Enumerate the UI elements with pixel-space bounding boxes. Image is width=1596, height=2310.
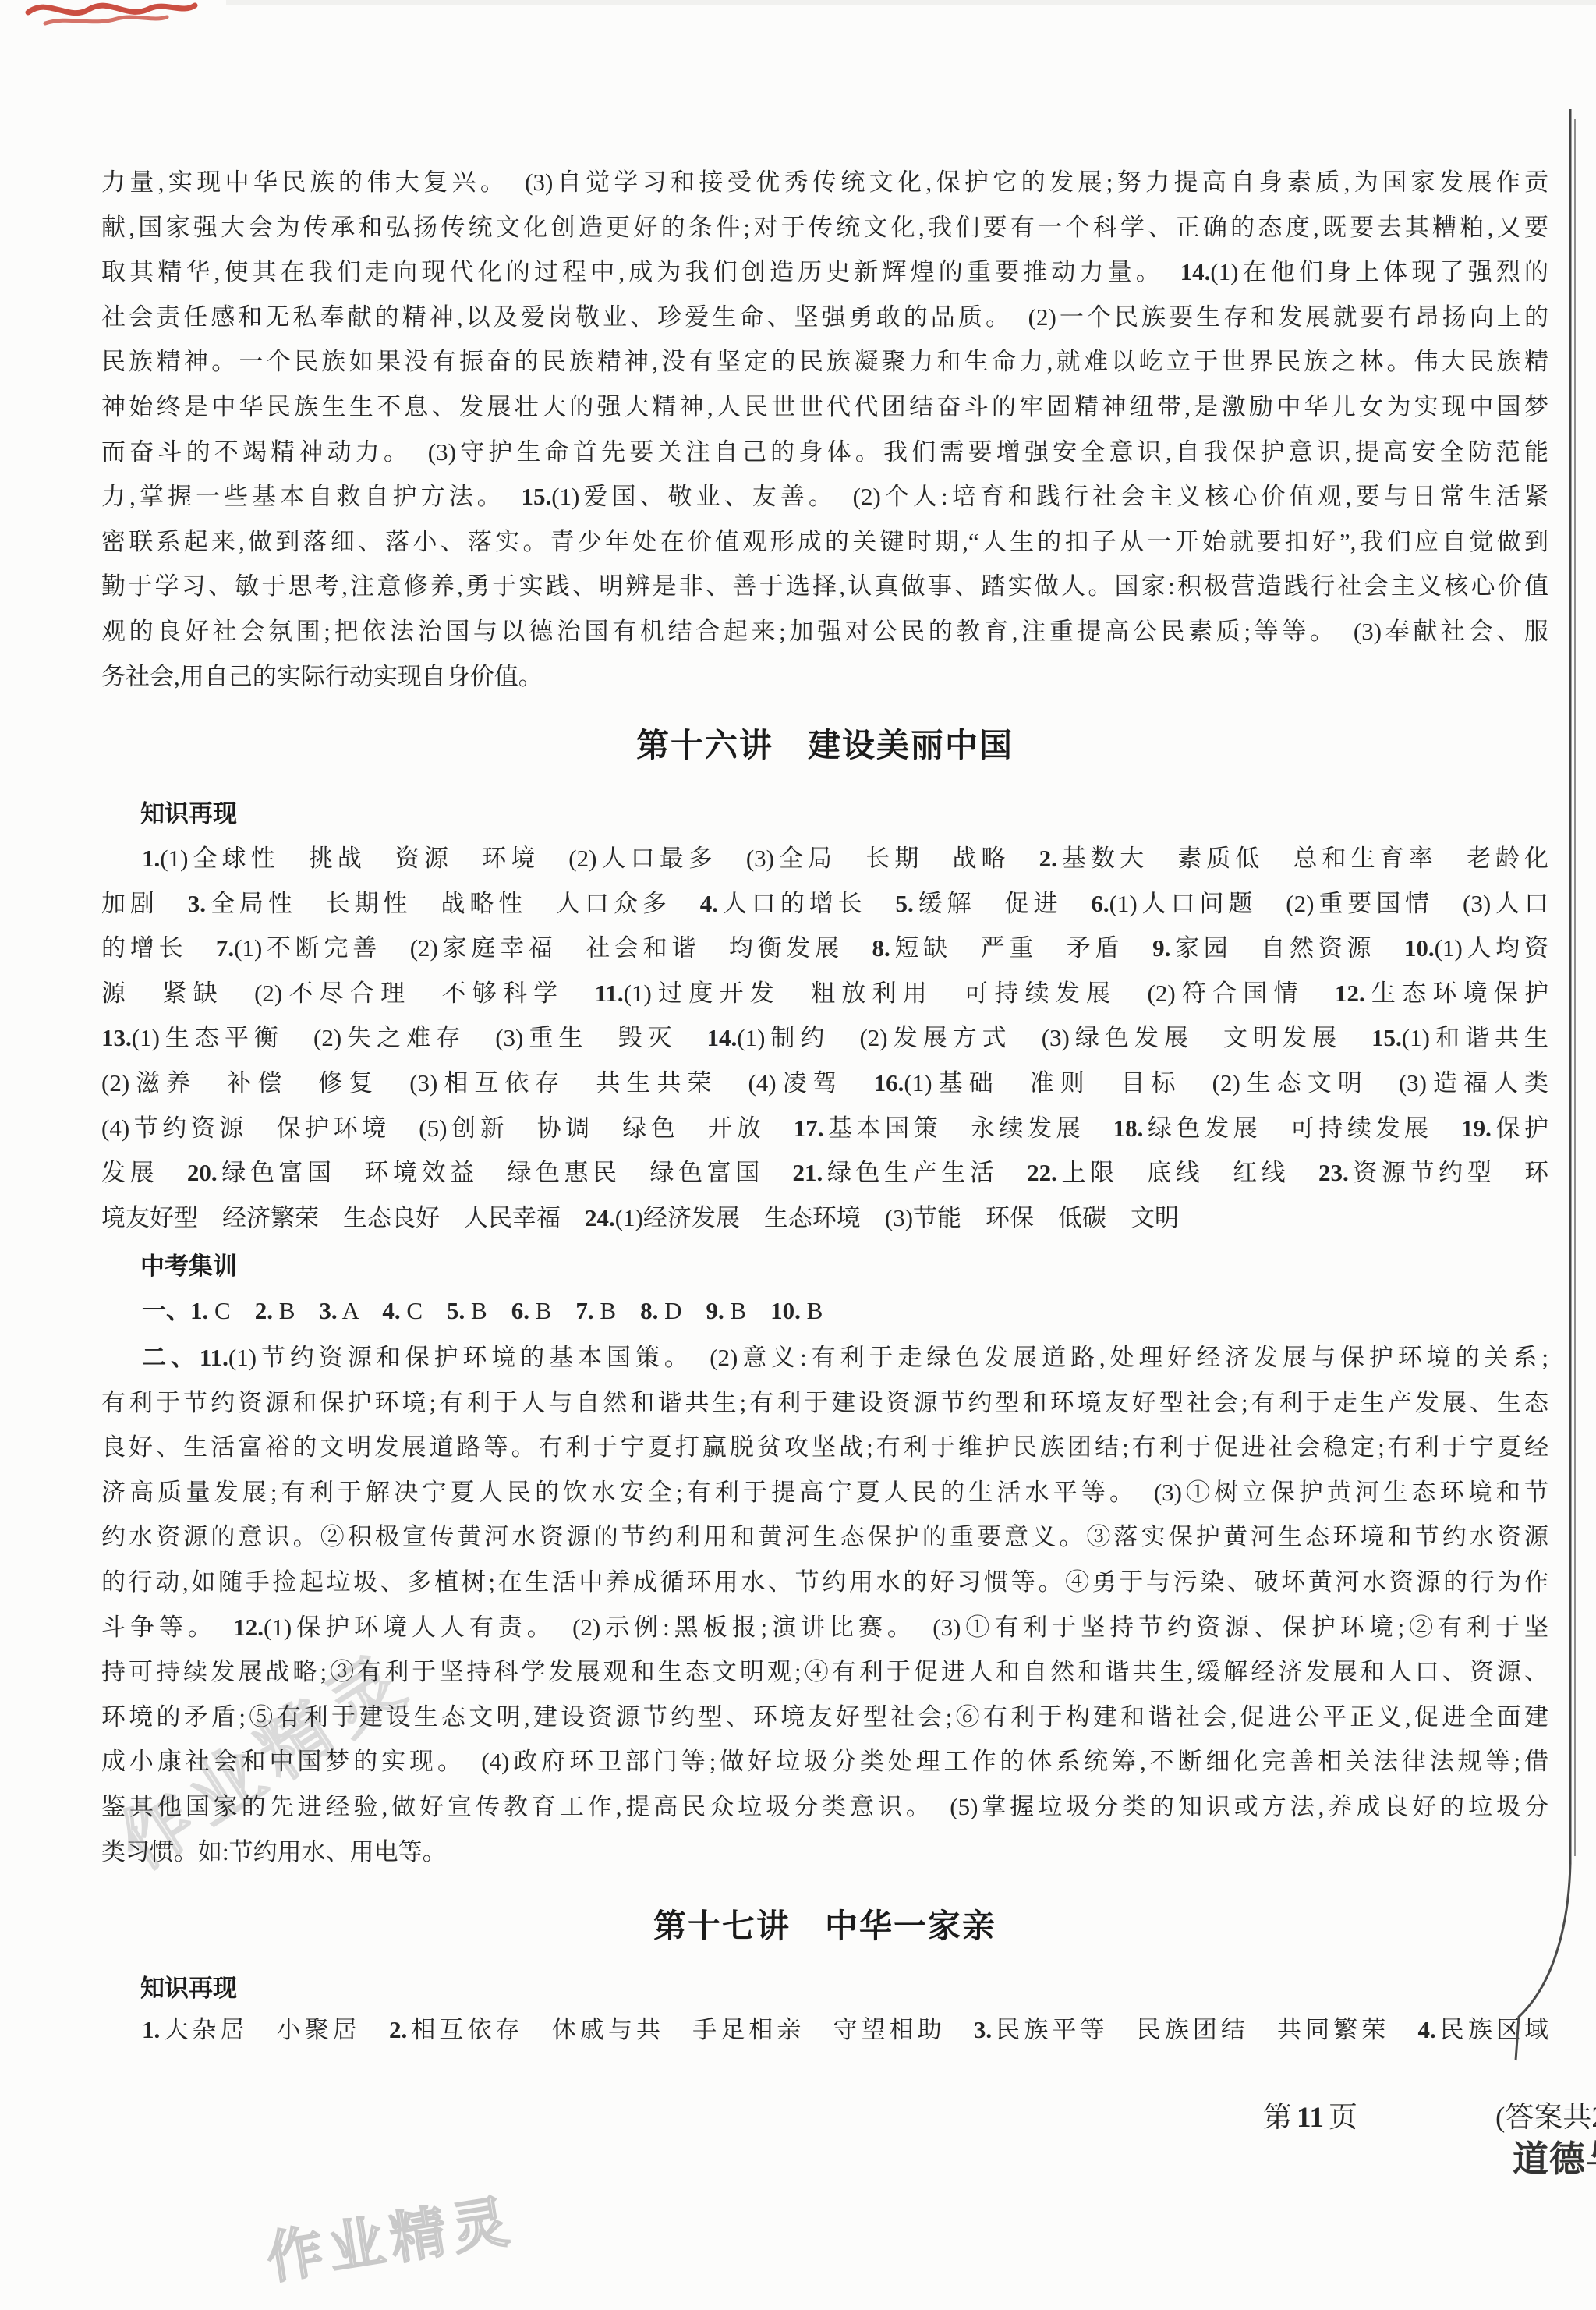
text-line: 勤于学习、敏于思考,注意修养,勇于实践、明辨是非、善于选择,认真做事、踏实做人。…	[101, 564, 1548, 609]
text-column: 力量,实现中华民族的伟大复兴。 (3)自觉学习和接受优秀传统文化,保护它的发展;…	[101, 0, 1548, 2310]
text-line: 力量,实现中华民族的伟大复兴。 (3)自觉学习和接受优秀传统文化,保护它的发展;…	[101, 160, 1548, 205]
page-number-label: 第11页	[1263, 2093, 1357, 2135]
text-line: 源 紧缺 (2)不尽合理 不够科学 11.(1)过度开发 粗放利用 可持续发展 …	[101, 971, 1548, 1016]
knowledge-lines-17: 1.大杂居 小聚居 2.相互依存 休戚与共 手足相亲 守望相助 3.民族平等 民…	[101, 2007, 1548, 2053]
answers-count-note: (答案共2	[1495, 2093, 1596, 2135]
text-line: 鉴其他国家的先进经验,做好宣传教育工作,提高民众垃圾分类意识。 (5)掌握垃圾分…	[101, 1784, 1548, 1830]
lecture-16-title: 第十六讲 建设美丽中国	[101, 724, 1548, 767]
text-line: 1.(1)全球性 挑战 资源 环境 (2)人口最多 (3)全局 长期 战略 2.…	[101, 836, 1548, 881]
knowledge-heading-17: 知识再现	[140, 1972, 237, 2006]
text-line: 一、1. C 2. B 3. A 4. C 5. B 6. B 7. B 8. …	[101, 1288, 1548, 1334]
text-line: (4)节约资源 保护环境 (5)创新 协调 绿色 开放 17.基本国策 永续发展…	[101, 1106, 1548, 1151]
text-line: 取其精华,使其在我们走向现代化的过程中,成为我们创造历史新辉煌的重要推动力量。 …	[101, 250, 1548, 295]
text-line: 济高质量发展;有利于解决宁夏人民的饮水安全;有利于提高宁夏人民的生活水平等。 (…	[101, 1470, 1548, 1515]
text-line: 成小康社会和中国梦的实现。 (4)政府环卫部门等;做好垃圾分类处理工作的体系统筹…	[101, 1739, 1548, 1784]
exam-choice-answers-line: 一、1. C 2. B 3. A 4. C 5. B 6. B 7. B 8. …	[101, 1288, 1548, 1334]
text-line: 加剧 3.全局性 长期性 战略性 人口众多 4.人口的增长 5.缓解 促进 6.…	[101, 881, 1548, 926]
text-line: 神始终是中华民族生生不息、发展壮大的强大精神,人民世世代代团结奋斗的牢固精神纽带…	[101, 384, 1548, 430]
text-line: 密联系起来,做到落细、落小、落实。青少年处在价值观形成的关键时期,“人生的扣子从…	[101, 519, 1548, 565]
text-line: 而奋斗的不竭精神动力。 (3)守护生命首先要关注自己的身体。我们需要增强安全意识…	[101, 430, 1548, 475]
intro-paragraph: 力量,实现中华民族的伟大复兴。 (3)自觉学习和接受优秀传统文化,保护它的发展;…	[101, 160, 1548, 699]
text-line: 环境的矛盾;⑤有利于建设生态文明,建设资源节约型、环境友好型社会;⑥有利于构建和…	[101, 1695, 1548, 1740]
text-line: 持可持续发展战略;③有利于坚持科学发展观和生态文明观;④有利于促进人和自然和谐共…	[101, 1649, 1548, 1695]
text-line: 约水资源的意识。②积极宣传黄河水资源的节约利用和黄河生态保护的重要意义。③落实保…	[101, 1515, 1548, 1560]
text-line: 的增长 7.(1)不断完善 (2)家庭幸福 社会和谐 均衡发展 8.短缺 严重 …	[101, 926, 1548, 971]
knowledge-lines-16: 1.(1)全球性 挑战 资源 环境 (2)人口最多 (3)全局 长期 战略 2.…	[101, 836, 1548, 1240]
text-line: 二、11.(1)节约资源和保护环境的基本国策。 (2)意义:有利于走绿色发展道路…	[101, 1335, 1548, 1380]
knowledge-heading-16: 知识再现	[140, 797, 237, 831]
exam-heading-16: 中考集训	[140, 1249, 237, 1284]
text-line: 社会责任感和无私奉献的精神,以及爱岗敬业、珍爱生命、坚强勇敢的品质。 (2)一个…	[101, 295, 1548, 340]
scanned-answer-page: 作业精灵 作业精灵 力量,实现中华民族的伟大复兴。 (3)自觉学习和接受优秀传统…	[0, 0, 1596, 2310]
text-line: 良好、生活富裕的文明发展道路等。有利于宁夏打赢脱贫攻坚战;有利于维护民族团结;有…	[101, 1425, 1548, 1470]
text-line: 观的良好社会氛围;把依法治国与以德治国有机结合起来;加强对公民的教育,注重提高公…	[101, 609, 1548, 654]
text-line: 1.大杂居 小聚居 2.相互依存 休戚与共 手足相亲 守望相助 3.民族平等 民…	[101, 2007, 1548, 2053]
text-line: 民族精神。一个民族如果没有振奋的民族精神,没有坚定的民族凝聚力和生命力,就难以屹…	[101, 339, 1548, 384]
text-line: 斗争等。 12.(1)保护环境人人有责。 (2)示例:黑板报;演讲比赛。 (3)…	[101, 1605, 1548, 1650]
book-title-cutoff: 道德与法治	[1513, 2131, 1596, 2182]
text-line: 境友好型 经济繁荣 生态良好 人民幸福 24.(1)经济发展 生态环境 (3)节…	[101, 1196, 1548, 1241]
text-line: 类习惯。如:节约用水、用电等。	[101, 1830, 1548, 1875]
page-suffix: 页	[1329, 2102, 1357, 2134]
text-line: 的行动,如随手捡起垃圾、多植树;在生活中养成循环用水、节约用水的好习惯等。④勇于…	[101, 1560, 1548, 1605]
text-line: 力,掌握一些基本自救自护方法。 15.(1)爱国、敬业、友善。 (2)个人:培育…	[101, 474, 1548, 519]
page-number: 11	[1292, 2102, 1329, 2134]
text-line: 发展 20.绿色富国 环境效益 绿色惠民 绿色富国 21.绿色生产生活 22.上…	[101, 1150, 1548, 1196]
text-line: 有利于节约资源和保护环境;有利于人与自然和谐共生;有利于建设资源节约型和环境友好…	[101, 1380, 1548, 1426]
lecture-17-title: 第十七讲 中华一家亲	[101, 1904, 1548, 1948]
page-prefix: 第	[1263, 2102, 1292, 2134]
text-line: 13.(1)生态平衡 (2)失之难存 (3)重生 毁灭 14.(1)制约 (2)…	[101, 1015, 1548, 1061]
text-line: (2)滋养 补偿 修复 (3)相互依存 共生共荣 (4)凌驾 16.(1)基础 …	[101, 1061, 1548, 1106]
exam-essay-answers: 二、11.(1)节约资源和保护环境的基本国策。 (2)意义:有利于走绿色发展道路…	[101, 1335, 1548, 1874]
text-line: 献,国家强大会为传承和弘扬传统文化创造更好的条件;对于传统文化,我们要有一个科学…	[101, 205, 1548, 250]
text-line: 务社会,用自己的实际行动实现自身价值。	[101, 654, 1548, 700]
